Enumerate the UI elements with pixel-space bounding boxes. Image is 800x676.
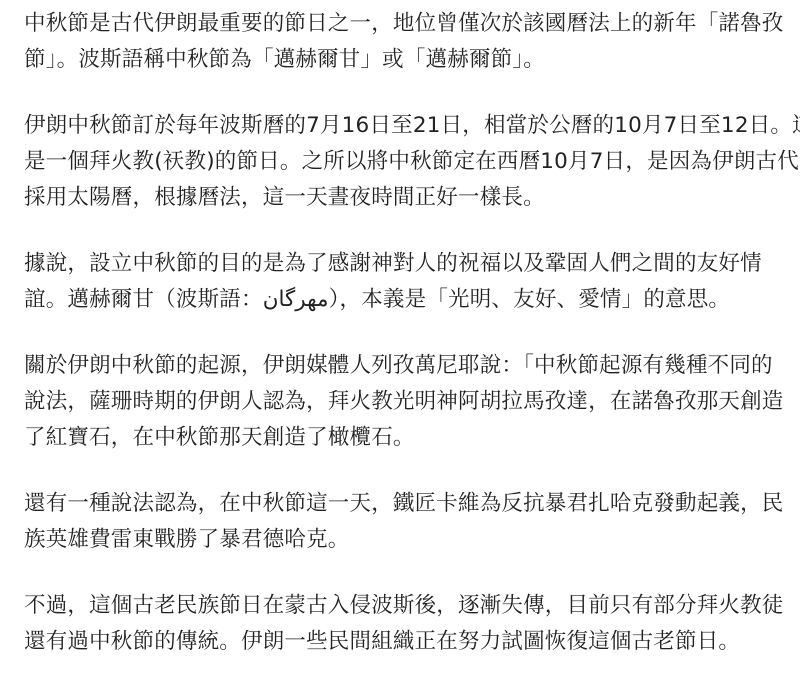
text-line: 據說，設立中秋節的目的是為了感謝神對人的祝福以及鞏固人們之間的友好情 [24, 246, 780, 282]
paragraph-festival-decline: 不過，這個古老民族節日在蒙古入侵波斯後，逐漸失傳，目前只有部分拜火教徒 還有過中… [24, 588, 780, 660]
paragraph-festival-origin: 關於伊朗中秋節的起源，伊朗媒體人列孜萬尼耶說：「中秋節起源有幾種不同的 說法，薩… [24, 348, 780, 456]
article-body: 中秋節是古代伊朗最重要的節日之一，地位曾僅次於該國曆法上的新年「諾魯孜 節」。波… [0, 0, 800, 660]
paragraph-mehregan-intro: 中秋節是古代伊朗最重要的節日之一，地位曾僅次於該國曆法上的新年「諾魯孜 節」。波… [24, 6, 780, 78]
text-line: 說法，薩珊時期的伊朗人認為，拜火教光明神阿胡拉馬孜達，在諾魯孜那天創造 [24, 384, 780, 420]
text-line: 誼。邁赫爾甘（波斯語：مهرگان），本義是「光明、友好、愛情」的意思。 [24, 282, 780, 318]
text-line: 節」。波斯語稱中秋節為「邁赫爾甘」或「邁赫爾節」。 [24, 42, 780, 78]
text-line: 關於伊朗中秋節的起源，伊朗媒體人列孜萬尼耶說：「中秋節起源有幾種不同的 [24, 348, 780, 384]
paragraph-festival-dates: 伊朗中秋節訂於每年波斯曆的7月16日至21日，相當於公曆的10月7日至12日。這… [24, 108, 780, 216]
text-line: 還有過中秋節的傳統。伊朗一些民間組織正在努力試圖恢復這個古老節日。 [24, 624, 780, 660]
text-line: 伊朗中秋節訂於每年波斯曆的7月16日至21日，相當於公曆的10月7日至12日。這 [24, 108, 780, 144]
text-line: 還有一種說法認為，在中秋節這一天，鐵匠卡維為反抗暴君扎哈克發動起義，民 [24, 486, 780, 522]
paragraph-festival-purpose: 據說，設立中秋節的目的是為了感謝神對人的祝福以及鞏固人們之間的友好情 誼。邁赫爾… [24, 246, 780, 318]
text-line: 是一個拜火教(祆教)的節日。之所以將中秋節定在西曆10月7日，是因為伊朗古代 [24, 144, 780, 180]
text-line: 採用太陽曆，根據曆法，這一天晝夜時間正好一樣長。 [24, 180, 780, 216]
text-line: 族英雄費雷東戰勝了暴君德哈克。 [24, 522, 780, 558]
paragraph-legend-kaveh: 還有一種說法認為，在中秋節這一天，鐵匠卡維為反抗暴君扎哈克發動起義，民 族英雄費… [24, 486, 780, 558]
text-line: 不過，這個古老民族節日在蒙古入侵波斯後，逐漸失傳，目前只有部分拜火教徒 [24, 588, 780, 624]
text-line: 中秋節是古代伊朗最重要的節日之一，地位曾僅次於該國曆法上的新年「諾魯孜 [24, 6, 780, 42]
text-line: 了紅寶石，在中秋節那天創造了橄欖石。 [24, 420, 780, 456]
